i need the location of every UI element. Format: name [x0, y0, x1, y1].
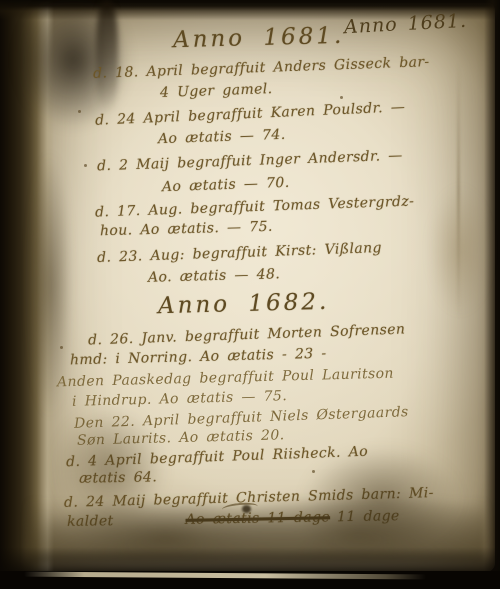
- year-heading-1682: Anno 1682.: [158, 289, 330, 319]
- paper-crease: [457, 60, 460, 320]
- ink-speck: [84, 164, 87, 167]
- year-heading-1681: Anno 1681.: [173, 23, 345, 53]
- ink-speck: [340, 96, 343, 99]
- ink-speck: [78, 110, 81, 113]
- ink-speck: [60, 346, 63, 349]
- stain-right-margin: [428, 185, 492, 315]
- ink-streak-top-left: [96, 0, 118, 112]
- manuscript-photo: Anno 1681. Anno 1681. d. 18. April begra…: [0, 0, 500, 589]
- page-right-edge: [484, 0, 500, 589]
